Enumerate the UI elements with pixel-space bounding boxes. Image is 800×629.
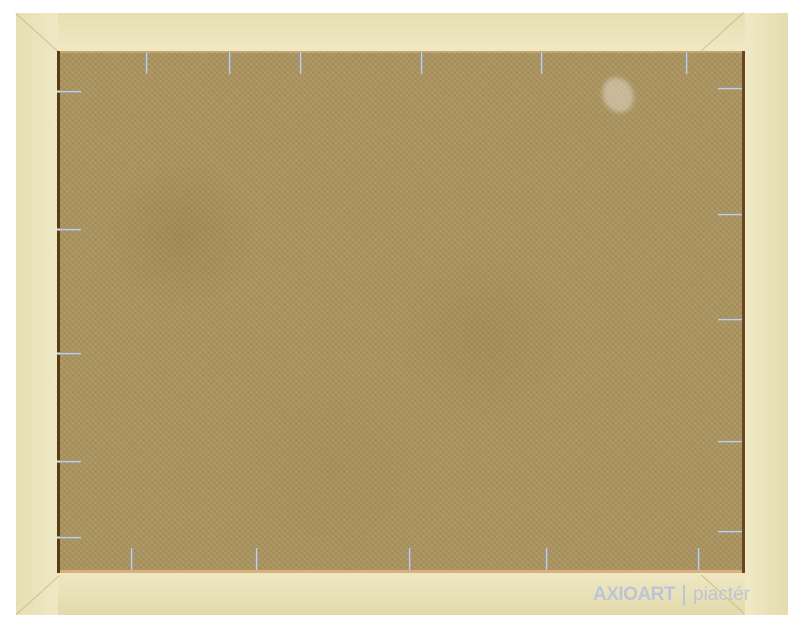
staple [540,52,543,74]
staple [145,52,148,74]
hardboard-backing [57,51,745,573]
staple [718,440,742,443]
staple [57,460,81,463]
staple [57,90,81,93]
staple [718,530,742,533]
watermark-sub: piactér [693,584,750,606]
staple [420,52,423,74]
watermark-brand: AXIOART [593,584,675,606]
staple [228,52,231,74]
staple [57,352,81,355]
staple [255,548,258,570]
staple [718,87,742,90]
staple [718,318,742,321]
frame-right-rail [745,13,788,615]
staple [130,548,133,570]
staple [697,548,700,570]
staple [685,52,688,74]
staple [57,536,81,539]
frame-left-rail [16,13,58,615]
frame-top-rail [16,13,788,53]
watermark-separator [683,585,685,605]
staple [57,228,81,231]
staple [408,548,411,570]
watermark: AXIOART piactér [593,584,750,606]
staple [718,213,742,216]
staple [545,548,548,570]
staple [299,52,302,74]
